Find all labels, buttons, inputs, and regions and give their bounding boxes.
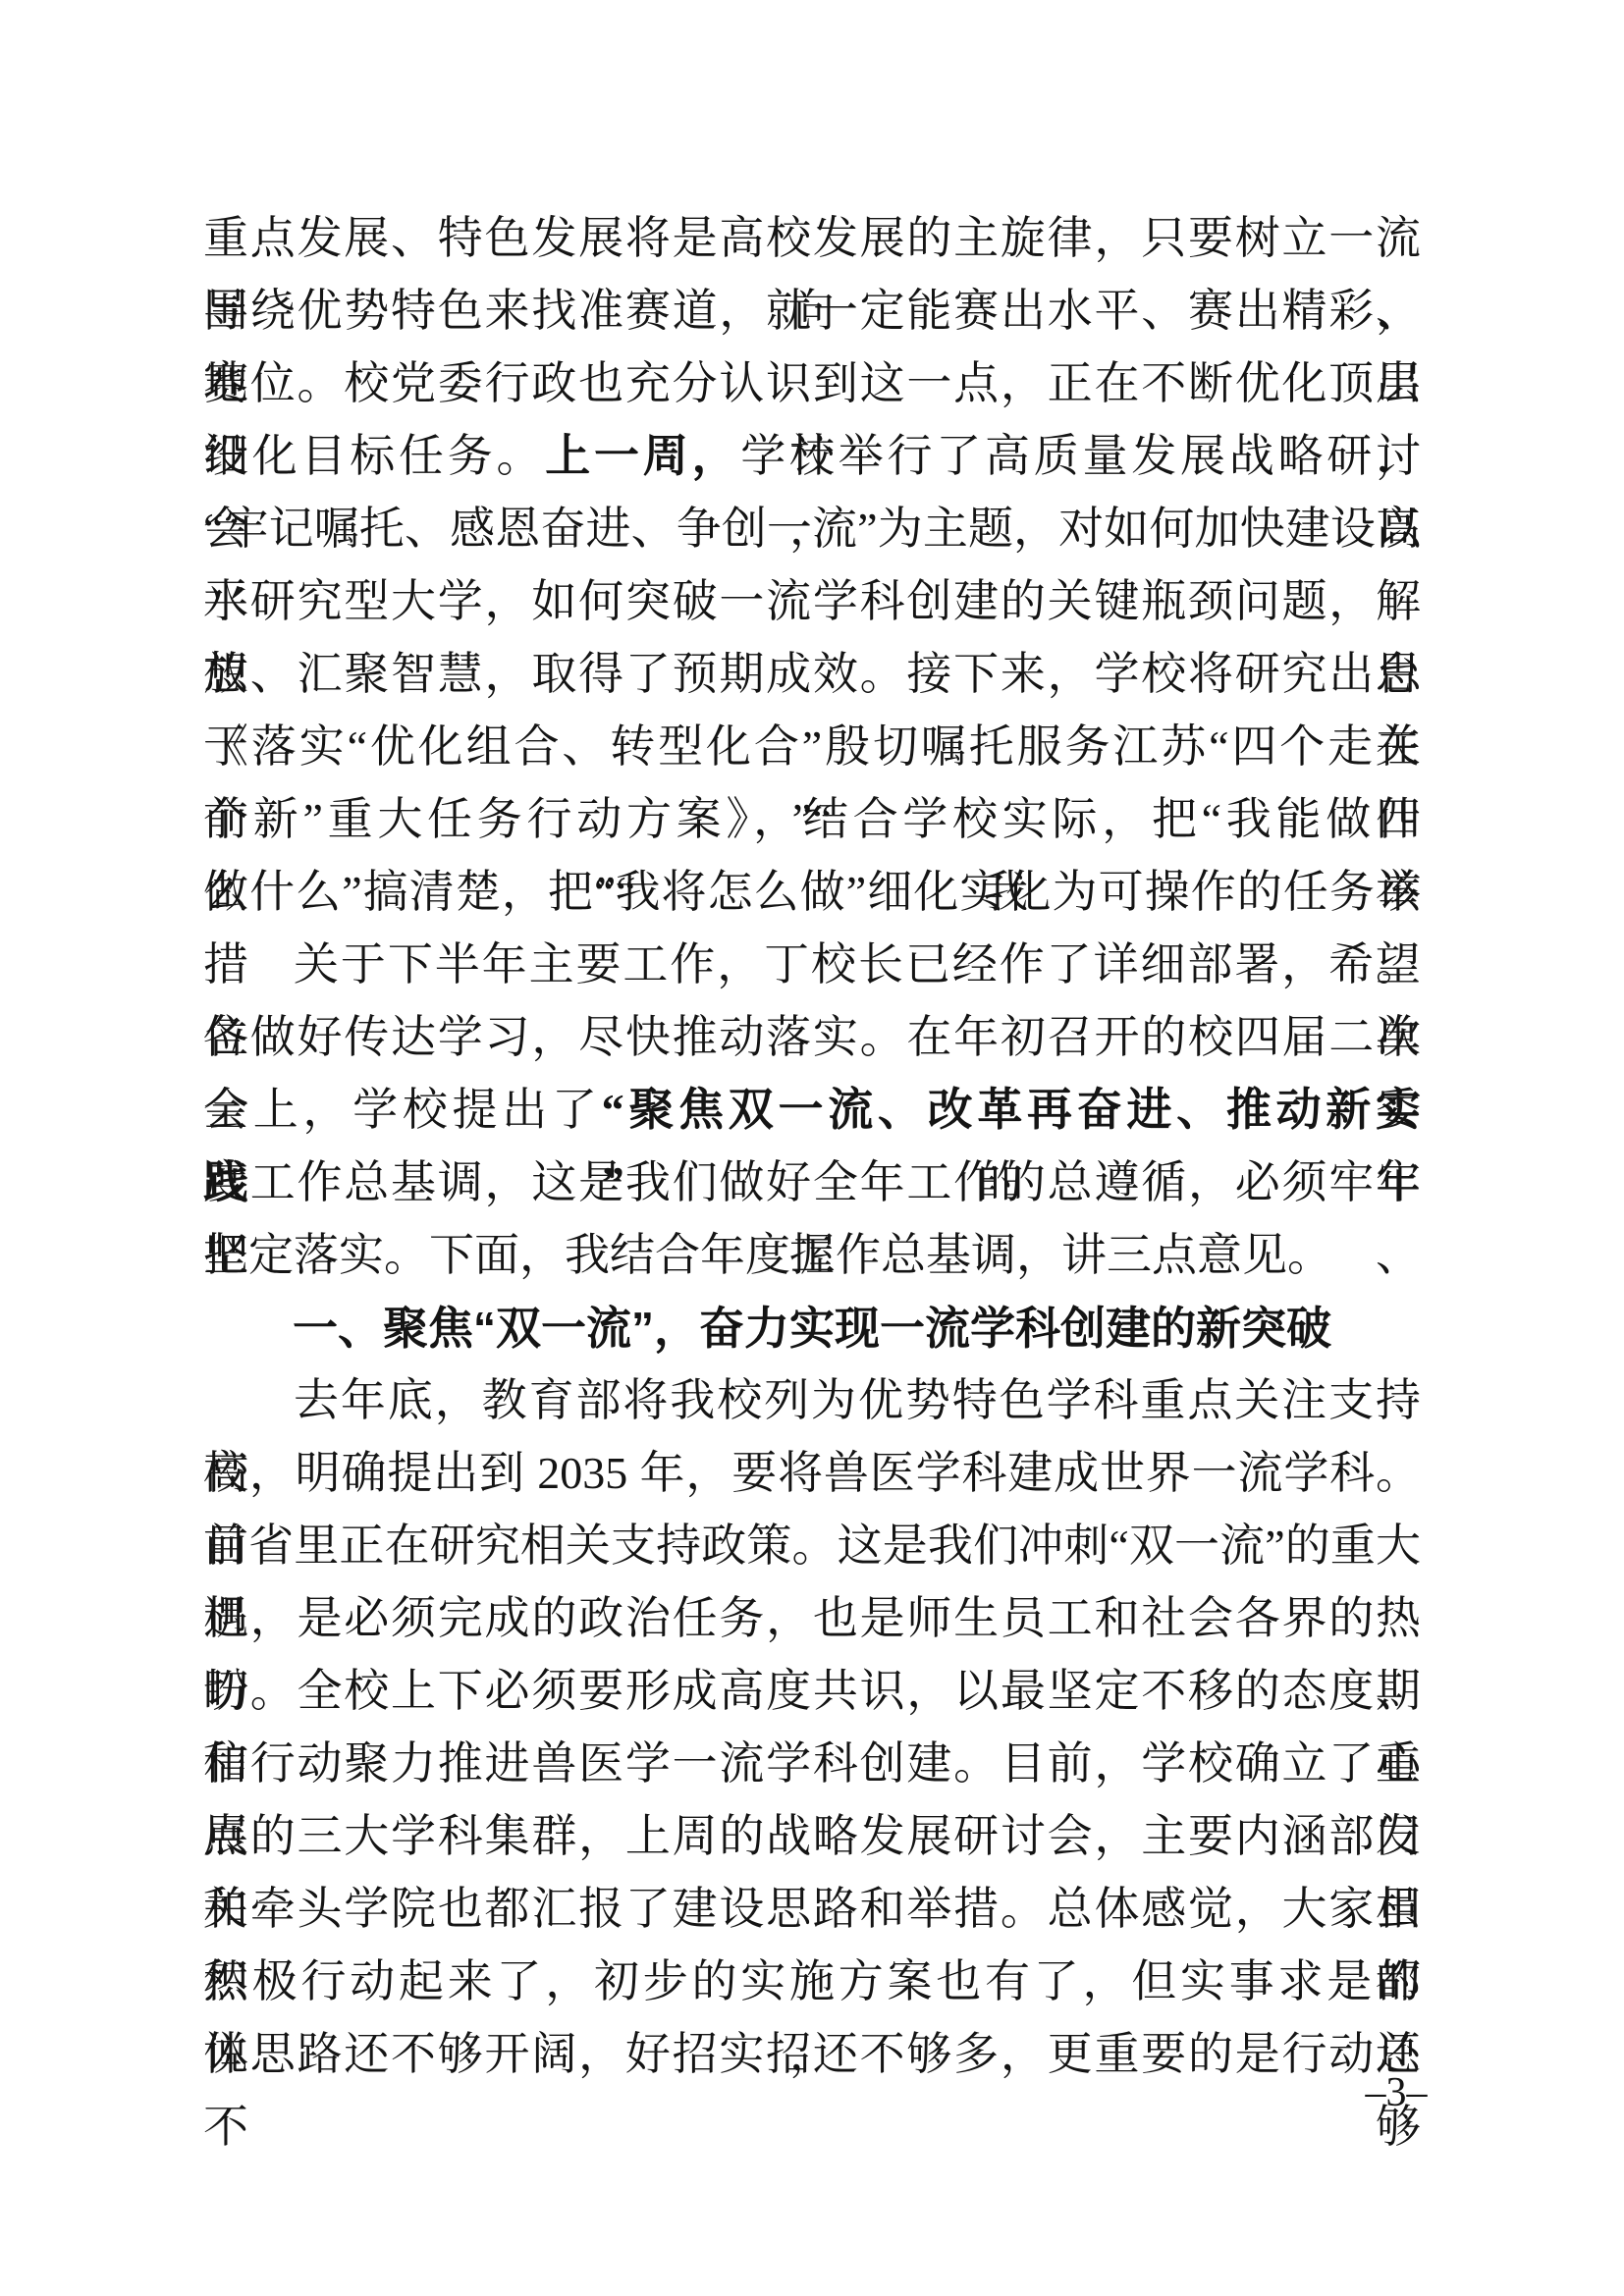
text-line: 坚定落实。下面，我结合年度工作总基调，讲三点意见。 (203, 1219, 1421, 1292)
text-line: 细化目标任务。上一周，学校举行了高质量发展战略研讨会，以 (203, 420, 1421, 493)
text-line: “牢记嘱托、感恩奋进、争创一流”为主题，对如何加快建设高水 (203, 493, 1421, 565)
text-line: 围绕优势特色来找准赛道，就一定能赛出水平、赛出精彩、赛出 (203, 275, 1421, 347)
section-heading: 一、聚焦“双一流”，奋力实现一流学科创建的新突破 (203, 1292, 1421, 1364)
text-line: 和行动聚力推进兽医学一流学科创建。目前，学校确立了重点发 (203, 1728, 1421, 1800)
text-line: 会上，学校提出了“聚焦双一流、改革再奋进、推动新实践”的年 (203, 1074, 1421, 1147)
text-line: 度工作总基调，这是我们做好全年工作的总遵循，必须牢牢把握、 (203, 1147, 1421, 1219)
text-segment: 坚定落实。下面，我结合年度工作总基调，讲三点意见。 (203, 1230, 1332, 1280)
text-segment: 一、聚焦“双一流”，奋力实现一流学科创建的新突破 (293, 1303, 1331, 1354)
text-line: 去年底，教育部将我校列为优势特色学科重点关注支持高 (203, 1364, 1421, 1437)
text-block: 重点发展、特色发展将是高校发展的主旋律，只要树立一流导向，围绕优势特色来找准赛道… (203, 202, 1421, 2091)
text-line: 校，明确提出到 2035 年，要将兽医学科建成世界一流学科。目 (203, 1437, 1421, 1510)
text-line: 展的三大学科集群，上周的战略发展研讨会，主要内涵部门和相 (203, 1800, 1421, 1873)
text-segment: 细化目标任务。 (203, 431, 545, 481)
page-number: –3– (1357, 2067, 1435, 2118)
text-line: 重点发展、特色发展将是高校发展的主旋律，只要树立一流导向， (203, 202, 1421, 275)
text-line: 盼。全校上下必须要形成高度共识，以最坚定不移的态度、信心 (203, 1655, 1421, 1728)
text-line: 平研究型大学，如何突破一流学科创建的关键瓶颈问题，解放思 (203, 565, 1421, 638)
text-line: 积极行动起来了，初步的实施方案也有了，但实事求是的说，总 (203, 1946, 1421, 2018)
text-line: 位做好传达学习，尽快推动落实。在年初召开的校四届二次全委 (203, 1001, 1421, 1074)
text-line: 前省里正在研究相关支持政策。这是我们冲刺“双一流”的重大机 (203, 1510, 1421, 1582)
text-line: 关于下半年主要工作，丁校长已经作了详细部署，希望各单 (203, 929, 1421, 1001)
text-segment: 体思路还不够开阔，好招实招还不够多，更重要的是行动还不够 (203, 2029, 1421, 2152)
text-line: 于落实“优化组合、转型化合”殷切嘱托服务江苏“四个走在前”“四 (203, 711, 1421, 783)
text-line: 关牵头学院也都汇报了建设思路和举措。总体感觉，大家虽然都 (203, 1873, 1421, 1946)
document-page: 重点发展、特色发展将是高校发展的主旋律，只要树立一流导向，围绕优势特色来找准赛道… (0, 0, 1624, 2296)
text-line: 想、汇聚智慧，取得了预期成效。接下来，学校将研究出台《关 (203, 638, 1421, 711)
text-line: 体思路还不够开阔，好招实招还不够多，更重要的是行动还不够 (203, 2018, 1421, 2091)
text-line: 地位。校党委行政也充分认识到这一点，正在不断优化顶层设计， (203, 347, 1421, 420)
text-line: 个新”重大任务行动方案》，结合学校实际，把“我能做什么”“我该 (203, 783, 1421, 856)
text-segment: 会上，学校提出了 (203, 1085, 602, 1135)
text-line: 做什么”搞清楚，把“我将怎么做”细化实化为可操作的任务举措。 (203, 856, 1421, 929)
text-line: 遇，是必须完成的政治任务，也是师生员工和社会各界的热切期 (203, 1582, 1421, 1655)
text-segment: 上一周， (545, 431, 740, 481)
